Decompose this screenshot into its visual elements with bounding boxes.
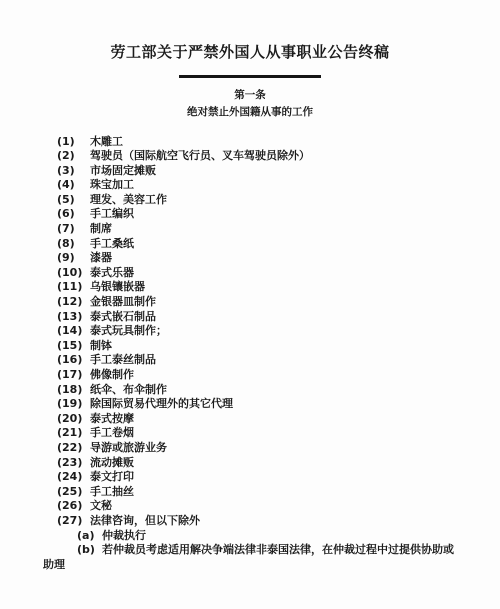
- item-number: (14): [57, 324, 90, 339]
- item-number: (15): [57, 339, 90, 354]
- item-number: (26): [57, 499, 90, 514]
- item-text: 导游或旅游业务: [90, 441, 472, 456]
- title-divider-rule: [179, 75, 321, 78]
- item-text: 制席: [90, 222, 472, 237]
- item-number: (8): [57, 237, 90, 252]
- list-item: (3)市场固定摊贩: [57, 164, 472, 179]
- list-item: (8)手工桑纸: [57, 237, 472, 252]
- item-number: (5): [57, 193, 90, 208]
- item-text: 珠宝加工: [90, 178, 472, 193]
- item-number: (20): [57, 412, 90, 427]
- list-item: (11)乌银镶嵌器: [57, 280, 472, 295]
- item-number: (1): [57, 135, 90, 150]
- list-item: (25)手工抽丝: [57, 485, 472, 500]
- item-number: (6): [57, 207, 90, 222]
- item-number: (21): [57, 426, 90, 441]
- item-number: (18): [57, 383, 90, 398]
- item-text: 泰式玩具制作；: [90, 324, 472, 339]
- item-text: 法律咨询，但以下除外: [90, 514, 472, 529]
- item-number: (7): [57, 222, 90, 237]
- item-number: (16): [57, 353, 90, 368]
- item-number: (24): [57, 470, 90, 485]
- list-item: (18)纸伞、布伞制作: [57, 383, 472, 398]
- list-item: (10)泰式乐器: [57, 266, 472, 281]
- list-item: (26)文秘: [57, 499, 472, 514]
- list-item: (12)金银器皿制作: [57, 295, 472, 310]
- item-text: 驾驶员（国际航空飞行员、叉车驾驶员除外）: [90, 149, 472, 164]
- item-text: 文秘: [90, 499, 472, 514]
- list-item: (17)佛像制作: [57, 368, 472, 383]
- item-number: (25): [57, 485, 90, 500]
- item-text: 金银器皿制作: [90, 295, 472, 310]
- list-item: (13)泰式嵌石制品: [57, 310, 472, 325]
- item-number: (23): [57, 456, 90, 471]
- list-item: (9)漆器: [57, 251, 472, 266]
- item-number: (11): [57, 280, 90, 295]
- document-title: 劳工部关于严禁外国人从事职业公告终稿: [0, 0, 500, 62]
- item-number: (27): [57, 514, 90, 529]
- list-item: (19)除国际贸易代理外的其它代理: [57, 397, 472, 412]
- article-heading: 绝对禁止外国籍从事的工作: [0, 104, 500, 119]
- sub-item-continuation-line: 助理: [43, 558, 472, 573]
- list-item: (7)制席: [57, 222, 472, 237]
- list-item: (2)驾驶员（国际航空飞行员、叉车驾驶员除外）: [57, 149, 472, 164]
- document-page: 劳工部关于严禁外国人从事职业公告终稿 第一条 绝对禁止外国籍从事的工作 (1)木…: [0, 0, 500, 609]
- list-item: (21)手工卷烟: [57, 426, 472, 441]
- item-number: (12): [57, 295, 90, 310]
- list-item: (22)导游或旅游业务: [57, 441, 472, 456]
- item-number: (4): [57, 178, 90, 193]
- item-text: 纸伞、布伞制作: [90, 383, 472, 398]
- item-text: 手工桑纸: [90, 237, 472, 252]
- item-text: 市场固定摊贩: [90, 164, 472, 179]
- list-item: (15)制钵: [57, 339, 472, 354]
- sub-item-text: 仲裁执行: [102, 529, 472, 544]
- item-text: 除国际贸易代理外的其它代理: [90, 397, 472, 412]
- list-item: (20)泰式按摩: [57, 412, 472, 427]
- item-number: (22): [57, 441, 90, 456]
- item-text: 手工泰丝制品: [90, 353, 472, 368]
- item-text: 乌银镶嵌器: [90, 280, 472, 295]
- list-item: (14)泰式玩具制作；: [57, 324, 472, 339]
- sub-item-label: (b): [77, 543, 102, 558]
- item-text: 手工抽丝: [90, 485, 472, 500]
- item-number: (17): [57, 368, 90, 383]
- item-number: (2): [57, 149, 90, 164]
- item-text: 泰式按摩: [90, 412, 472, 427]
- list-item: (23)流动摊贩: [57, 456, 472, 471]
- item-text: 泰文打印: [90, 470, 472, 485]
- sub-item-text: 若仲裁员考虑适用解决争端法律非泰国法律，在仲裁过程中过提供协助或: [102, 543, 472, 558]
- list-item: (5)理发、美容工作: [57, 193, 472, 208]
- item-text: 手工编织: [90, 207, 472, 222]
- sub-list-item: (b)若仲裁员考虑适用解决争端法律非泰国法律，在仲裁过程中过提供协助或: [77, 543, 472, 558]
- item-text: 木雕工: [90, 135, 472, 150]
- item-text: 制钵: [90, 339, 472, 354]
- list-item: (16)手工泰丝制品: [57, 353, 472, 368]
- item-text: 佛像制作: [90, 368, 472, 383]
- item-text: 流动摊贩: [90, 456, 472, 471]
- prohibited-jobs-list: (1)木雕工 (2)驾驶员（国际航空飞行员、叉车驾驶员除外） (3)市场固定摊贩…: [57, 135, 472, 573]
- item-number: (9): [57, 251, 90, 266]
- item-number: (13): [57, 310, 90, 325]
- list-item: (27)法律咨询，但以下除外: [57, 514, 472, 529]
- list-item: (1)木雕工: [57, 135, 472, 150]
- sub-item-label: (a): [77, 529, 102, 544]
- item-number: (19): [57, 397, 90, 412]
- list-item: (4)珠宝加工: [57, 178, 472, 193]
- item-number: (10): [57, 266, 90, 281]
- item-text: 手工卷烟: [90, 426, 472, 441]
- item-text: 泰式嵌石制品: [90, 310, 472, 325]
- item-number: (3): [57, 164, 90, 179]
- list-item: (6)手工编织: [57, 207, 472, 222]
- list-item: (24)泰文打印: [57, 470, 472, 485]
- item-text: 漆器: [90, 251, 472, 266]
- item-text: 理发、美容工作: [90, 193, 472, 208]
- item-text: 泰式乐器: [90, 266, 472, 281]
- sub-list-item: (a)仲裁执行: [77, 529, 472, 544]
- article-number: 第一条: [0, 87, 500, 102]
